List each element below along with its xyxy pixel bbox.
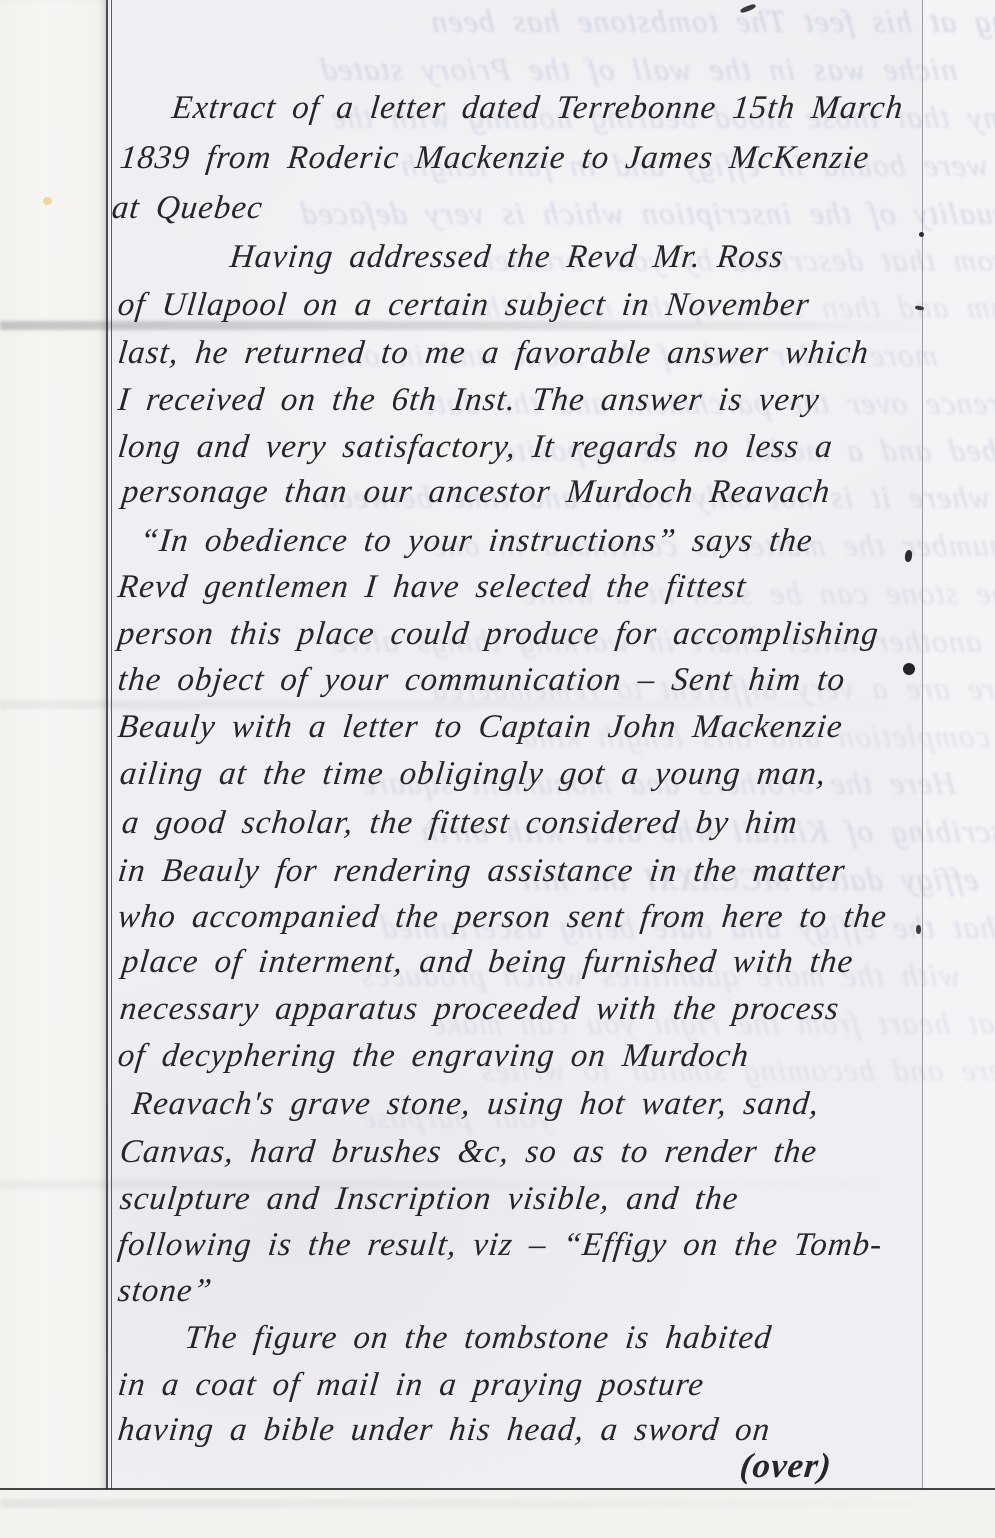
ink-speck-layer <box>0 0 995 1538</box>
ink-speck <box>904 550 913 563</box>
ink-speck <box>740 3 757 14</box>
scanned-letter-page: ying at his feet The tombstone has beenn… <box>0 0 995 1538</box>
ink-speck <box>916 925 921 934</box>
ink-speck <box>903 663 915 675</box>
ink-speck <box>919 232 924 237</box>
ink-speck <box>915 305 925 311</box>
ink-speck <box>43 197 52 205</box>
